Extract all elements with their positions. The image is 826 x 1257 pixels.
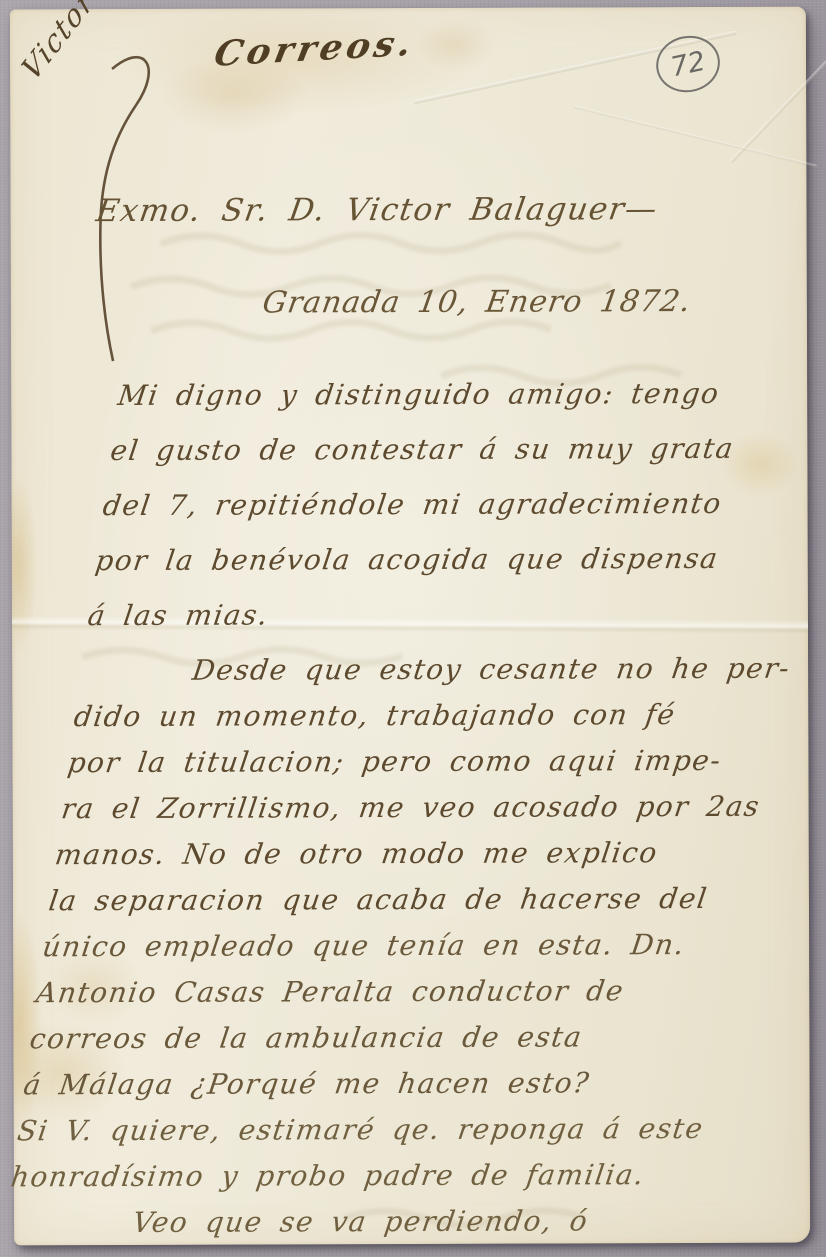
letter-line: único empleado que tenía en esta. Dn. — [39, 928, 769, 977]
letter-line: el gusto de contestar á su muy grata — [105, 432, 826, 490]
recipient-line: Exmo. Sr. D. Victor Balaguer— — [94, 191, 661, 229]
letter-line: Si V. quiere, estimaré qe. reponga á est… — [13, 1112, 743, 1161]
letter-line: Desde que estoy cesante no he per- — [76, 652, 806, 701]
letter-line: por la titulacion; pero como aqui impe- — [64, 744, 794, 793]
letter-line: á Málaga ¿Porqué me hacen esto? — [20, 1066, 750, 1115]
letter-line: por la benévola acogida que dispensa — [90, 542, 822, 600]
corner-annotation: Victor — [16, 0, 100, 88]
letter-line: Veo que se va perdiendo, ó — [1, 1204, 731, 1253]
folio-number: 72 — [668, 45, 708, 83]
dateline: Granada 10, Enero 1872. — [260, 284, 693, 321]
folio-number-badge: 72 — [651, 30, 725, 98]
letter-line: del 7, repitiéndole mi agradecimiento — [98, 487, 826, 545]
letter-line: ra el Zorrillismo, me veo acosado por 2a… — [58, 790, 788, 839]
letter-line: correos de la ambulancia de esta — [26, 1020, 756, 1069]
letter-paper: Victor Correos. 72 Exmo. Sr. D. Victor B… — [10, 7, 810, 1246]
scanned-letter-photo: { "page": { "mount_color": "#a9a3aa", "p… — [0, 0, 826, 1257]
letter-line: la separacion que acaba de hacerse del — [45, 882, 775, 931]
diagonal-crease — [574, 105, 817, 168]
letter-line: manos. No de otro modo me explico — [51, 836, 781, 885]
postal-heading: Correos. — [211, 23, 419, 75]
letter-line: Mi digno y distinguido amigo: tengo — [113, 376, 826, 434]
letter-line: á las mias. — [83, 597, 815, 655]
letter-line: dido un momento, trabajando con fé — [70, 698, 800, 747]
diagonal-crease — [729, 9, 826, 163]
letter-line: Antonio Casas Peralta conductor de — [32, 974, 762, 1023]
letter-body: Mi digno y distinguido amigo: tengoel gu… — [1, 376, 826, 1252]
letter-line: honradísimo y probo padre de familia. — [7, 1158, 737, 1207]
